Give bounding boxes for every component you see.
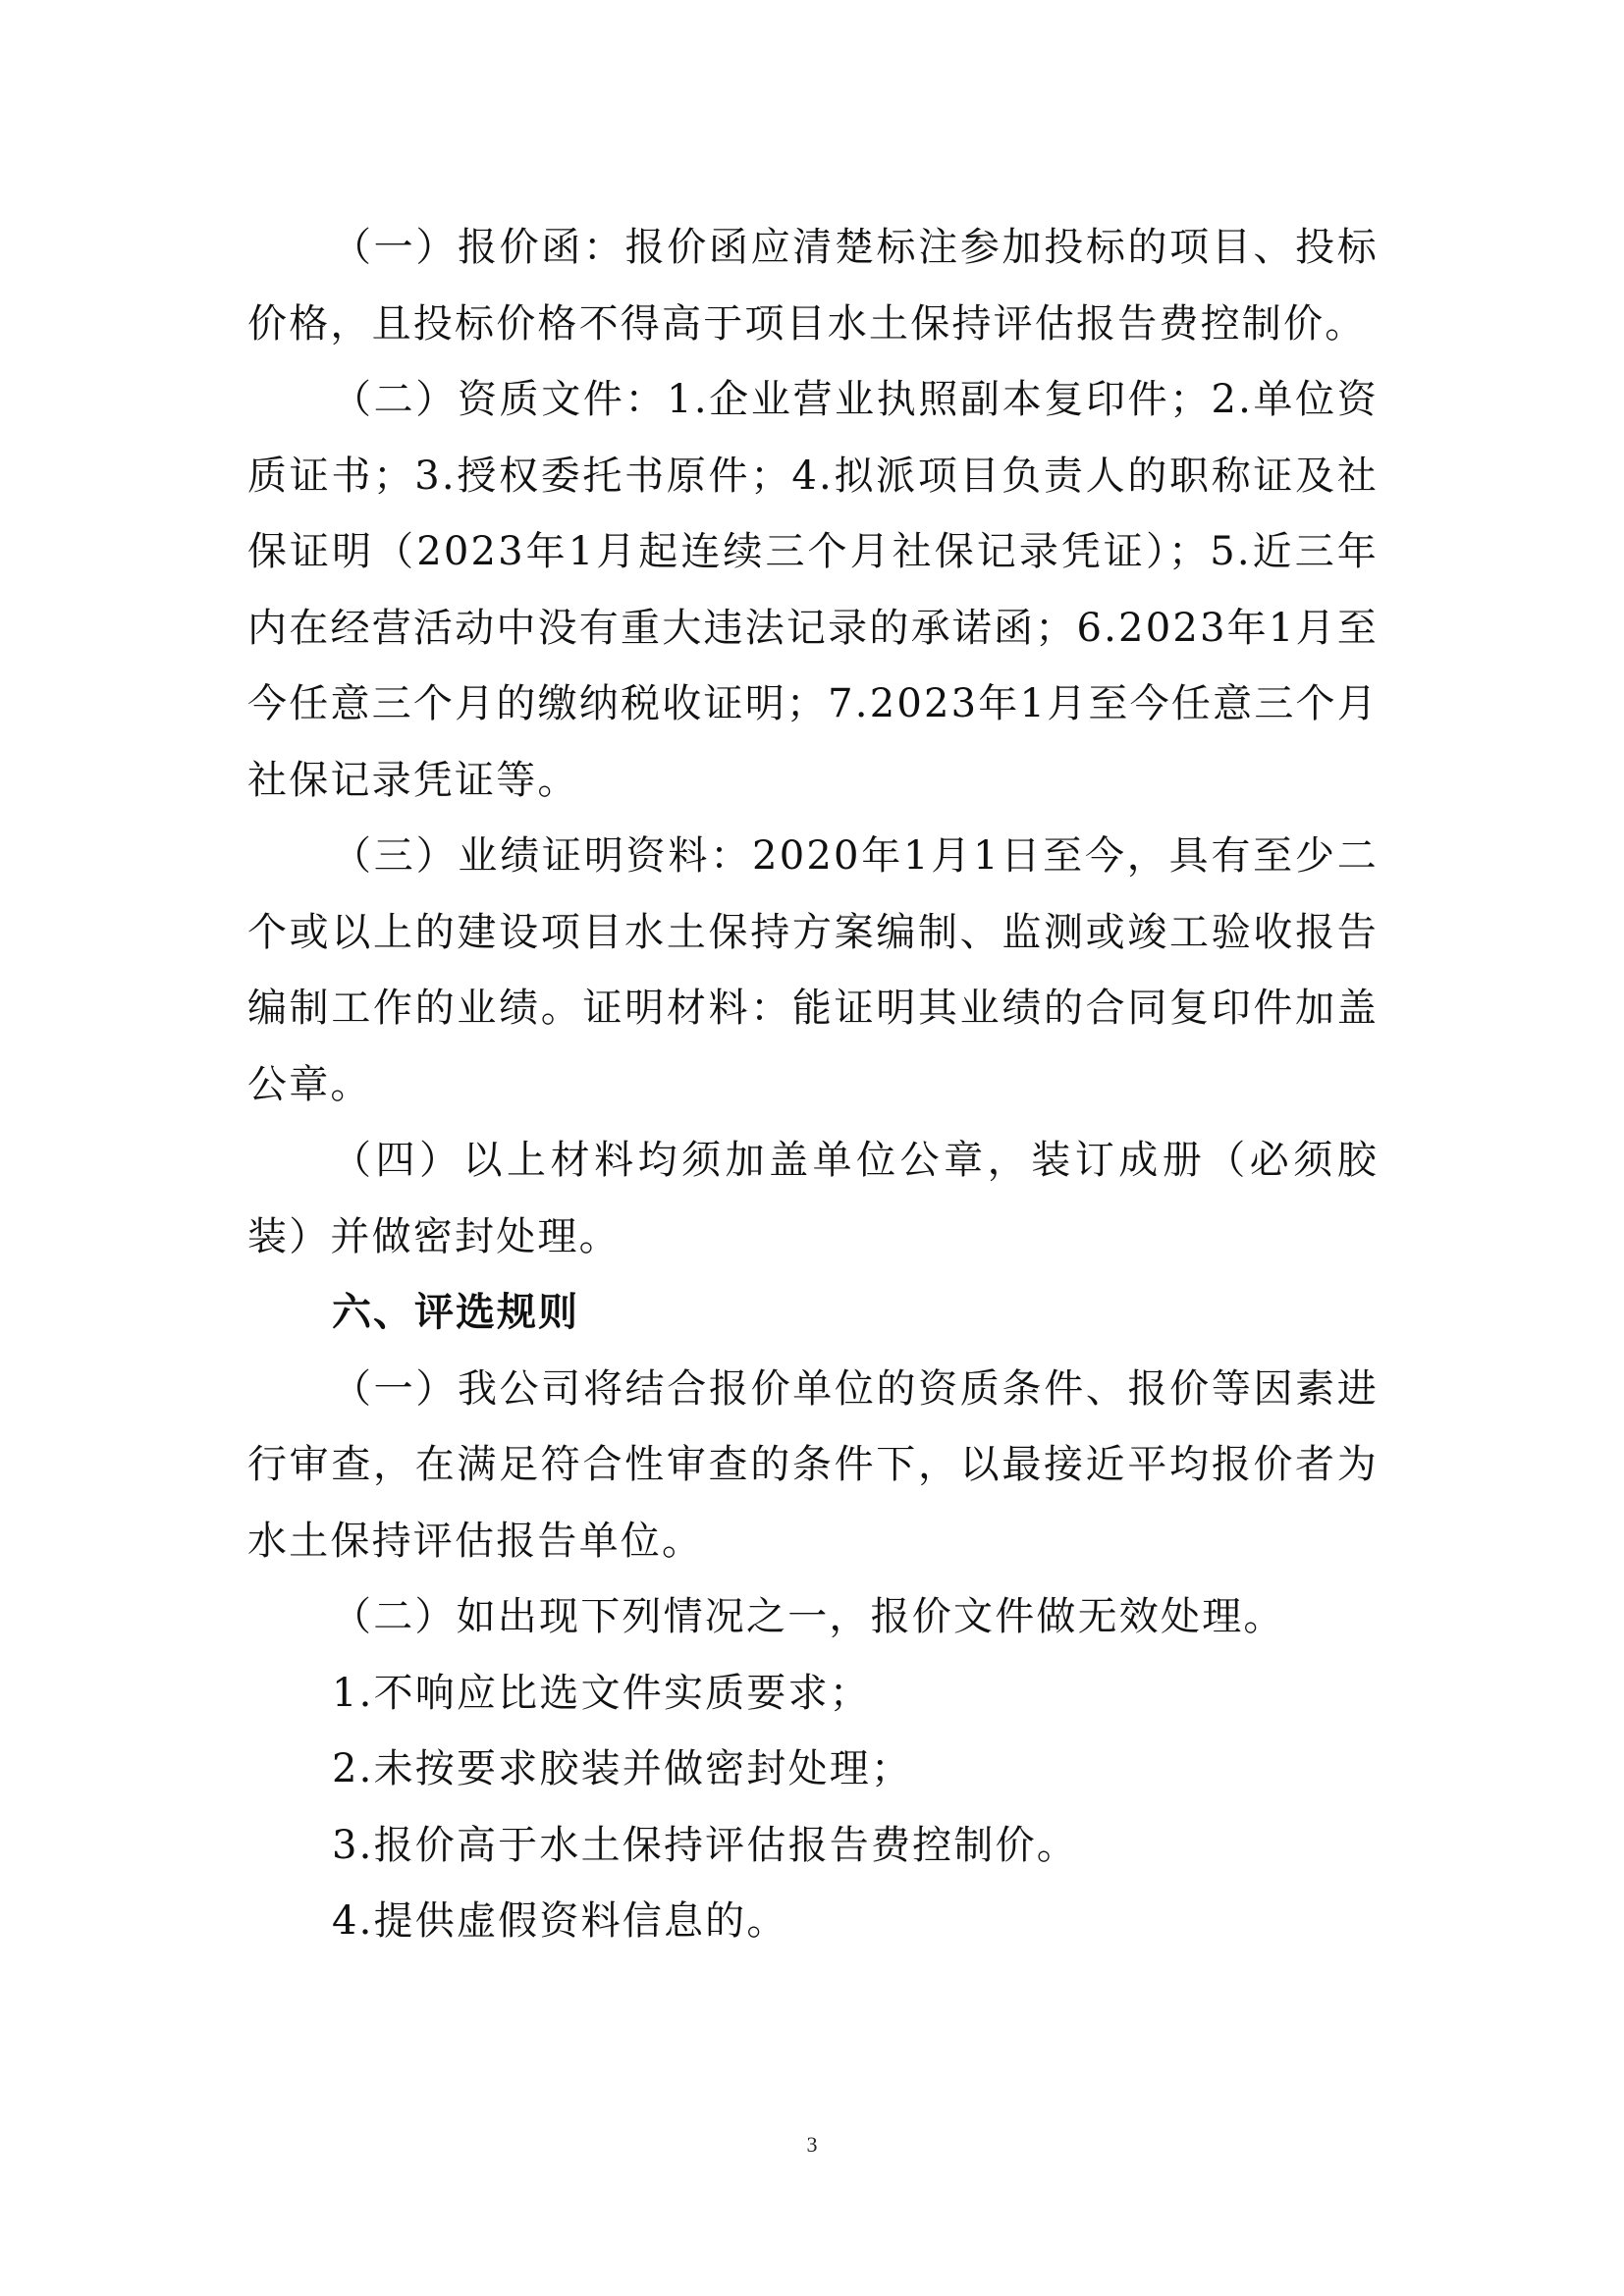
- document-body: （一）报价函：报价函应清楚标注参加投标的项目、投标价格，且投标价格不得高于项目水…: [247, 210, 1379, 1960]
- list-item-invalid-1: 1.不响应比选文件实质要求；: [247, 1656, 1379, 1733]
- page-number: 3: [0, 2132, 1624, 2158]
- list-item-invalid-2: 2.未按要求胶装并做密封处理；: [247, 1732, 1379, 1808]
- paragraph-qualification-documents: （二）资质文件：1.企业营业执照副本复印件；2.单位资质证书；3.授权委托书原件…: [247, 362, 1379, 819]
- paragraph-sealing-requirements: （四）以上材料均须加盖单位公章，装订成册（必须胶装）并做密封处理。: [247, 1123, 1379, 1275]
- paragraph-invalid-conditions: （二）如出现下列情况之一，报价文件做无效处理。: [247, 1579, 1379, 1656]
- paragraph-quotation-letter: （一）报价函：报价函应清楚标注参加投标的项目、投标价格，且投标价格不得高于项目水…: [247, 210, 1379, 362]
- list-item-invalid-3: 3.报价高于水土保持评估报告费控制价。: [247, 1808, 1379, 1885]
- paragraph-review-method: （一）我公司将结合报价单位的资质条件、报价等因素进行审查，在满足符合性审查的条件…: [247, 1352, 1379, 1580]
- paragraph-performance-proof: （三）业绩证明资料：2020年1月1日至今，具有至少二个或以上的建设项目水土保持…: [247, 819, 1379, 1123]
- list-item-invalid-4: 4.提供虚假资料信息的。: [247, 1884, 1379, 1960]
- section-heading-selection-rules: 六、评选规则: [247, 1275, 1379, 1352]
